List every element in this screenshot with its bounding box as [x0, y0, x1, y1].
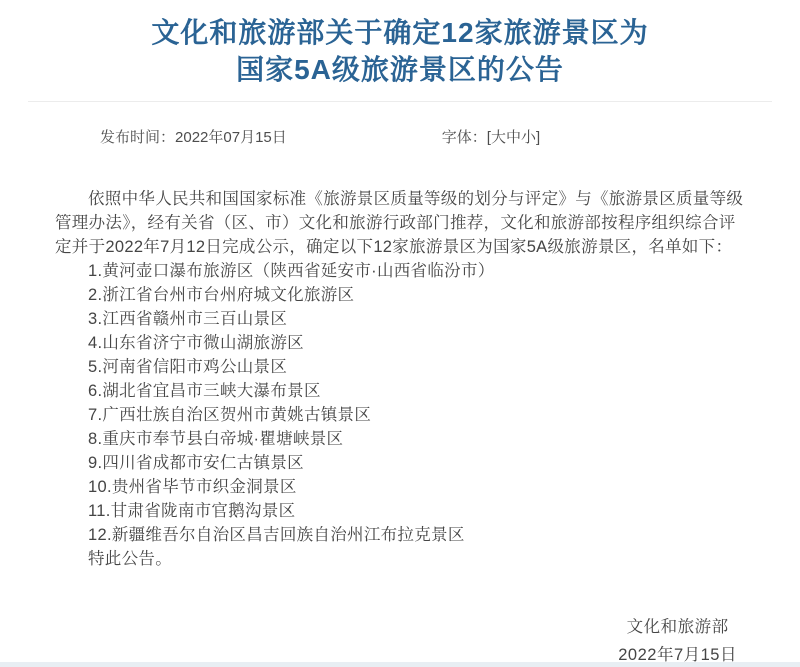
bottom-strip [0, 662, 800, 667]
signature-block: 文化和旅游部 2022年7月15日 [0, 613, 737, 667]
list-item: 12.新疆维吾尔自治区昌吉回族自治州江布拉克景区 [55, 523, 745, 547]
announcement-body: 依照中华人民共和国国家标准《旅游景区质量等级的划分与评定》与《旅游景区质量等级管… [55, 187, 745, 571]
font-size-label: 字体： [442, 129, 487, 146]
scenic-area-list: 1.黄河壶口瀑布旅游区（陕西省延安市·山西省临汾市） 2.浙江省台州市台州府城文… [55, 259, 745, 547]
list-item: 4.山东省济宁市微山湖旅游区 [55, 331, 745, 355]
publish-time: 发布时间：2022年07月15日 [100, 126, 287, 147]
publish-time-value: 2022年07月15日 [175, 129, 287, 146]
page-title-line-1: 文化和旅游部关于确定12家旅游景区为 [0, 14, 800, 51]
closing-statement: 特此公告。 [55, 547, 745, 571]
list-item: 3.江西省赣州市三百山景区 [55, 307, 745, 331]
list-item: 1.黄河壶口瀑布旅游区（陕西省延安市·山西省临汾市） [55, 259, 745, 283]
page-title: 文化和旅游部关于确定12家旅游景区为 国家5A级旅游景区的公告 [0, 0, 800, 88]
font-size-options[interactable]: [大中小] [487, 129, 540, 146]
list-item: 11.甘肃省陇南市官鹅沟景区 [55, 499, 745, 523]
title-separator [28, 101, 772, 102]
publish-time-label: 发布时间： [100, 129, 175, 146]
signature-issuer: 文化和旅游部 [618, 613, 737, 641]
list-item: 10.贵州省毕节市织金洞景区 [55, 475, 745, 499]
list-item: 9.四川省成都市安仁古镇景区 [55, 451, 745, 475]
list-item: 6.湖北省宜昌市三峡大瀑布景区 [55, 379, 745, 403]
meta-row: 发布时间：2022年07月15日 字体：[大中小] [100, 126, 800, 147]
page-title-line-2: 国家5A级旅游景区的公告 [0, 51, 800, 88]
signature-inner: 文化和旅游部 2022年7月15日 [618, 613, 737, 667]
list-item: 5.河南省信阳市鸡公山景区 [55, 355, 745, 379]
list-item: 2.浙江省台州市台州府城文化旅游区 [55, 283, 745, 307]
font-size-control: 字体：[大中小] [442, 126, 540, 147]
list-item: 8.重庆市奉节县白帝城·瞿塘峡景区 [55, 427, 745, 451]
announcement-paragraph: 依照中华人民共和国国家标准《旅游景区质量等级的划分与评定》与《旅游景区质量等级管… [55, 187, 745, 259]
list-item: 7.广西壮族自治区贺州市黄姚古镇景区 [55, 403, 745, 427]
